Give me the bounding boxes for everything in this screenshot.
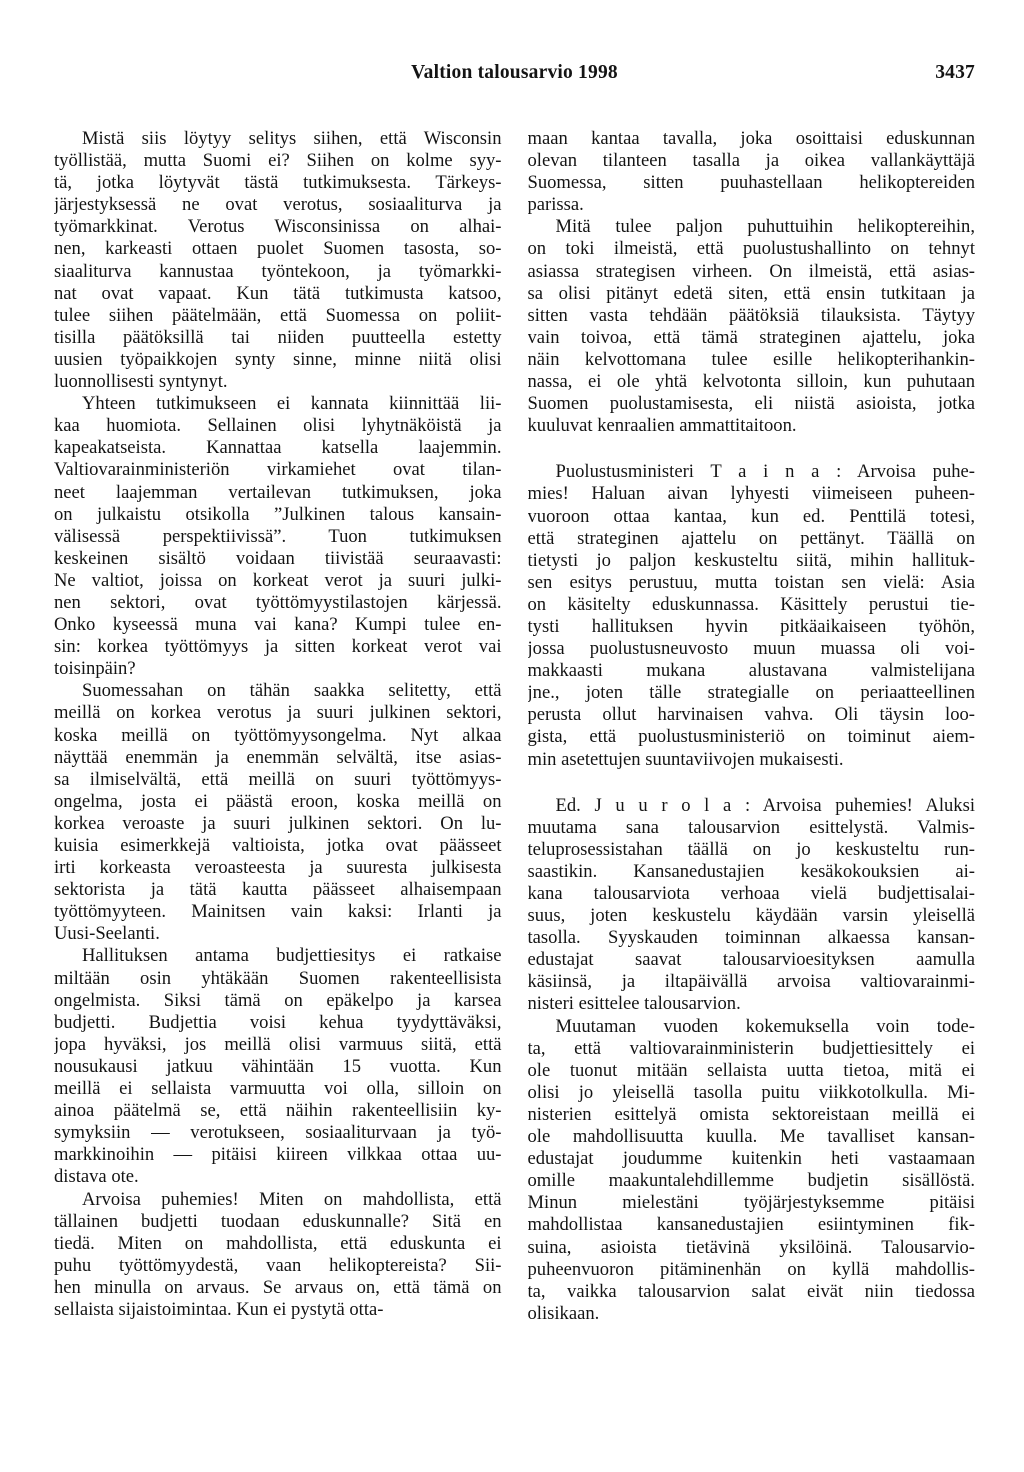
page-title: Valtion talousarvio 1998	[54, 62, 975, 84]
text-line: sitten vasta tehdään päätöksiä tilauksis…	[528, 305, 976, 327]
text-line: nousukausi jatkuu vähintään 15 vuotta. K…	[54, 1056, 502, 1078]
text-line: sektorista ja tätä kautta päässeet alhai…	[54, 879, 502, 901]
text-line: irti korkeasta veroasteesta ja suuresta …	[54, 857, 502, 879]
text-line: Hallituksen antama budjettiesitys ei rat…	[54, 945, 502, 967]
text-line: Ed. J u u r o l a : Arvoisa puhemies! Al…	[528, 795, 976, 817]
text-line: miltään osin yhtäkään Suomen rakenteelli…	[54, 968, 502, 990]
text-line: välisessä perspektiivissä”. Tuon tutkimu…	[54, 526, 502, 548]
text-line: Suomessahan on tähän saakka selitetty, e…	[54, 680, 502, 702]
text-line: sellaista sijaistoimintaa. Kun ei pystyt…	[54, 1299, 502, 1321]
paragraph: Yhteen tutkimukseen ei kannata kiinnittä…	[54, 393, 502, 680]
text-line: markkinoihin — pitäisi kiireen vilkkaa o…	[54, 1144, 502, 1166]
text-line: sen esitys perustuu, mutta toistan sen v…	[528, 572, 976, 594]
paragraph: Ed. J u u r o l a : Arvoisa puhemies! Al…	[528, 795, 976, 1016]
text-line: että strateginen ajattelu on pettänyt. T…	[528, 528, 976, 550]
page-number: 3437	[935, 62, 975, 84]
text-line: min asetettujen suuntaviivojen mukaisest…	[528, 749, 976, 771]
text-line: uusien työpaikkojen synty sinne, minne n…	[54, 349, 502, 371]
text-line: olisi jo yleisellä tasolla puitu viikkot…	[528, 1082, 976, 1104]
text-line: siaaliturva kannustaa työntekoon, ja työ…	[54, 261, 502, 283]
text-line: tällainen budjetti tuodaan eduskunnalle?…	[54, 1211, 502, 1233]
text-line: kuuluvat kenraalien ammattitaitoon.	[528, 415, 976, 437]
text-line: edustajat joudumme kuitenkin heti vastaa…	[528, 1148, 976, 1170]
text-line: sa olisi pitänyt edetä siten, että ensin…	[528, 283, 976, 305]
text-line: tasolla. Syyskauden toiminnan alkaessa k…	[528, 927, 976, 949]
text-line: Valtiovarainministeriön virkamiehet ovat…	[54, 459, 502, 481]
text-line: vain toivoa, että tämä strateginen ajatt…	[528, 327, 976, 349]
text-line: jopa hyväksi, jos meillä olisi varmuus s…	[54, 1034, 502, 1056]
text-line: gista, että puolustusministeriö on toimi…	[528, 726, 976, 748]
text-line: tisilla päätöksillä tai niiden puutteell…	[54, 327, 502, 349]
text-line: perusta ollut harvinaisen vahva. Oli täy…	[528, 704, 976, 726]
text-line: keskeinen sisältö voidaan tiivistää seur…	[54, 548, 502, 570]
paragraph: maan kantaa tavalla, joka osoittaisi edu…	[528, 128, 976, 216]
text-line: kuisia esimerkkejä valtioista, jotka ova…	[54, 835, 502, 857]
text-line: asiassa strategisen virheen. On ilmeistä…	[528, 261, 976, 283]
text-line: nen, karkeasti ottaen puolet Suomen taso…	[54, 238, 502, 260]
text-line: mies! Haluan aivan lyhyesti viimeiseen p…	[528, 483, 976, 505]
text-line: kapeakatseista. Kannattaa katsella laaje…	[54, 437, 502, 459]
text-line: jne., joten tälle strategialle on periaa…	[528, 682, 976, 704]
paragraph: Mistä siis löytyy selitys siihen, että W…	[54, 128, 502, 393]
text-line: Yhteen tutkimukseen ei kannata kiinnittä…	[54, 393, 502, 415]
text-line: jossa puolustusneuvosto muun muassa oli …	[528, 638, 976, 660]
text-line: Mitä tulee paljon puhuttuihin helikopter…	[528, 216, 976, 238]
text-line: ole tuonut mitään sellaista uutta tietoa…	[528, 1060, 976, 1082]
text-line: näyttää enemmän ja enemmän selvältä, its…	[54, 747, 502, 769]
text-line: edustajat saavat talousarvioesityksen aa…	[528, 949, 976, 971]
text-line: symyksiin — verotukseen, sosiaaliturvaan…	[54, 1122, 502, 1144]
text-line: mahdollistaa kansanedustajien esiintymin…	[528, 1214, 976, 1236]
text-line: tietysti jo paljon keskusteltu siitä, mi…	[528, 550, 976, 572]
text-line: nen sektori, ovat työttömyystilastojen k…	[54, 592, 502, 614]
text-line: maan kantaa tavalla, joka osoittaisi edu…	[528, 128, 976, 150]
text-line: Minun mielestäni työjärjestyksemme pitäi…	[528, 1192, 976, 1214]
text-line: sin: korkea työttömyys ja sitten korkeat…	[54, 636, 502, 658]
text-line: neet laajemman vertailevan tutkimuksen, …	[54, 482, 502, 504]
text-columns: Mistä siis löytyy selitys siihen, että W…	[54, 128, 975, 1325]
text-line: Suomen puolustamisesta, eli niistä asioi…	[528, 393, 976, 415]
text-line: Muutaman vuoden kokemuksella voin tode-	[528, 1016, 976, 1038]
text-line: ongelmista. Siksi tämä on epäkelpo ja ka…	[54, 990, 502, 1012]
text-line: Onko kyseessä muna vai kana? Kumpi tulee…	[54, 614, 502, 636]
text-line: luonnollisesti syntynyt.	[54, 371, 502, 393]
text-line: ole mahdollisuutta kuulla. Me tavalliset…	[528, 1126, 976, 1148]
paragraph: Mitä tulee paljon puhuttuihin helikopter…	[528, 216, 976, 437]
text-line: suus, joten keskustelu käydään varsin yl…	[528, 905, 976, 927]
paragraph: Muutaman vuoden kokemuksella voin tode-t…	[528, 1016, 976, 1325]
text-line: vuoroon ottaa kantaa, kun ed. Penttilä t…	[528, 506, 976, 528]
text-line: nat ovat vapaat. Kun tätä tutkimusta kat…	[54, 283, 502, 305]
text-line: Uusi-Seelanti.	[54, 923, 502, 945]
text-line: meillä on korkea verotus ja suuri julkin…	[54, 702, 502, 724]
text-line: työllistää, mutta Suomi ei? Siihen on ko…	[54, 150, 502, 172]
text-line: käsiinsä, ja iltapäivällä arvoisa valtio…	[528, 971, 976, 993]
text-line: ta, että valtiovarainministerin budjetti…	[528, 1038, 976, 1060]
text-line: ainoa päätelmä se, että näihin rakenteel…	[54, 1100, 502, 1122]
text-line: on julkaistu otsikolla ”Julkinen talous …	[54, 504, 502, 526]
text-line: makkaasti mukana alustavana valmistelija…	[528, 660, 976, 682]
text-line: saastikin. Kansanedustajien kesäkokouksi…	[528, 861, 976, 883]
text-line: tä, jotka löytyvät tästä tutkimuksesta. …	[54, 172, 502, 194]
paragraph: Suomessahan on tähän saakka selitetty, e…	[54, 680, 502, 945]
text-line: omille maakuntalehdillemme budjetin sisä…	[528, 1170, 976, 1192]
text-line: näin kelvottomana tulee esille helikopte…	[528, 349, 976, 371]
text-line: puheenvuoron pitäminenhän on kyllä mahdo…	[528, 1259, 976, 1281]
document-page: Valtion talousarvio 1998 3437 Mistä siis…	[0, 0, 1024, 1472]
text-line: budjetti. Budjettia voisi kehua tyydyttä…	[54, 1012, 502, 1034]
text-line: kaa huomiota. Sellainen olisi lyhytnäköi…	[54, 415, 502, 437]
text-line: nisterien esittelyä omista sektoreistaan…	[528, 1104, 976, 1126]
text-line: nisteri esittelee talousarvion.	[528, 993, 976, 1015]
text-line: suina, asioista tietävinä yksilöinä. Tal…	[528, 1237, 976, 1259]
paragraph: Arvoisa puhemies! Miten on mahdollista, …	[54, 1189, 502, 1322]
text-line: Arvoisa puhemies! Miten on mahdollista, …	[54, 1189, 502, 1211]
text-line: hen minulla on arvaus. Se arvaus on, ett…	[54, 1277, 502, 1299]
text-line: järjestyksessä ne ovat verotus, sosiaali…	[54, 194, 502, 216]
text-line: kana talousarviota verhoaa vielä budjett…	[528, 883, 976, 905]
page-header: Valtion talousarvio 1998 3437	[54, 62, 975, 88]
text-line: toisinpäin?	[54, 658, 502, 680]
text-line: on toki ilmeistä, että puolustushallinto…	[528, 238, 976, 260]
text-line: parissa.	[528, 194, 976, 216]
text-line: meillä ei sellaista varmuutta voi olla, …	[54, 1078, 502, 1100]
text-line: Mistä siis löytyy selitys siihen, että W…	[54, 128, 502, 150]
text-line: olevan tilanteen tasalla ja oikea vallan…	[528, 150, 976, 172]
text-line: distava ote.	[54, 1166, 502, 1188]
text-line: teluprosessistahan täällä on jo keskuste…	[528, 839, 976, 861]
paragraph: Hallituksen antama budjettiesitys ei rat…	[54, 945, 502, 1188]
text-line: koska meillä on työttömyysongelma. Nyt a…	[54, 725, 502, 747]
text-line: Puolustusministeri T a i n a : Arvoisa p…	[528, 461, 976, 483]
text-line: Ne valtiot, joissa on korkeat verot ja s…	[54, 570, 502, 592]
text-line: työttömyyteen. Mainitsen vain kaksi: Irl…	[54, 901, 502, 923]
paragraph: Puolustusministeri T a i n a : Arvoisa p…	[528, 461, 976, 770]
text-line: korkea veroaste ja suuri julkinen sektor…	[54, 813, 502, 835]
text-line: muutama sana talousarvion esittelystä. V…	[528, 817, 976, 839]
text-line: sa ilmiselvältä, että meillä on suuri ty…	[54, 769, 502, 791]
text-line: tiedä. Miten on mahdollista, että edusku…	[54, 1233, 502, 1255]
text-line: työmarkkinat. Verotus Wisconsinissa on a…	[54, 216, 502, 238]
right-column: maan kantaa tavalla, joka osoittaisi edu…	[528, 128, 976, 1325]
text-line: ongelma, josta ei päästä eroon, koska me…	[54, 791, 502, 813]
left-column: Mistä siis löytyy selitys siihen, että W…	[54, 128, 502, 1325]
text-line: ta, vaikka talousarvion salat eivät niin…	[528, 1281, 976, 1303]
text-line: nassa, ei ole yhtä kelvotonta silloin, k…	[528, 371, 976, 393]
text-line: on käsitelty eduskunnassa. Käsittely per…	[528, 594, 976, 616]
text-line: olisikaan.	[528, 1303, 976, 1325]
text-line: puhu työttömyydestä, vaan helikoptereist…	[54, 1255, 502, 1277]
text-line: tulee siihen päätelmään, että Suomessa o…	[54, 305, 502, 327]
text-line: tysti hallituksen hyvin pitkäaikaiseen t…	[528, 616, 976, 638]
text-line: Suomessa, sitten puuhastellaan helikopte…	[528, 172, 976, 194]
